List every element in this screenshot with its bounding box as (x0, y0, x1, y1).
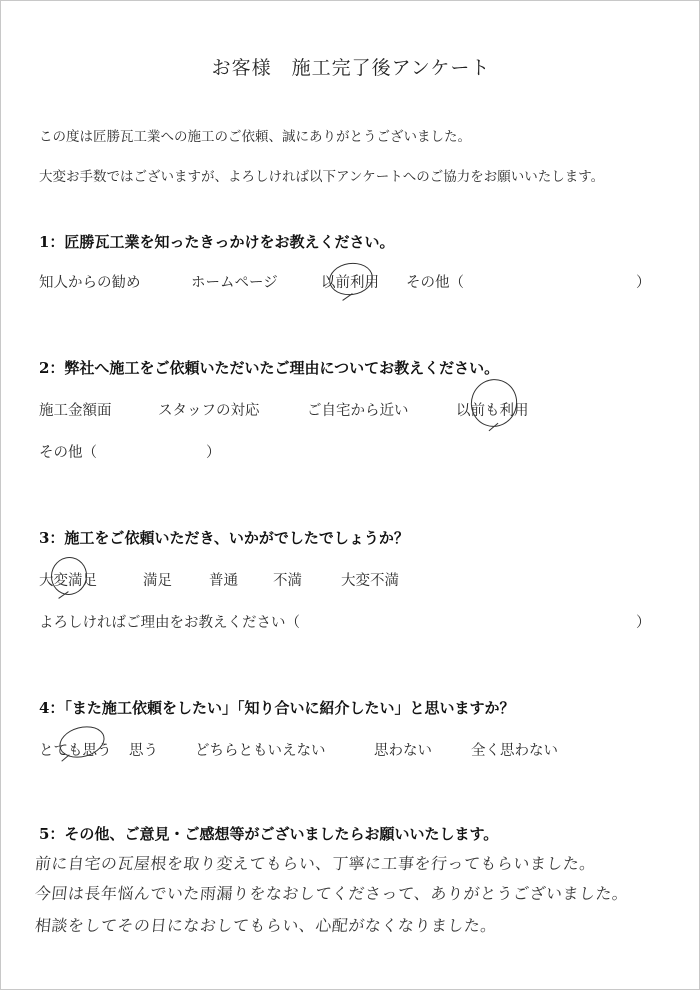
q3-option-very-dissatisfied[interactable]: 大変不満 (341, 569, 399, 590)
intro-request: 大変お手数ではございますが、よろしければ以下アンケートへのご協力をお願いいたしま… (39, 165, 604, 185)
q3-option-satisfied[interactable]: 満足 (143, 569, 172, 590)
q1-other-close-paren: ） (636, 271, 651, 292)
question-3: 3：施工をご依頼いただき、いかがでしたでしょうか？ (39, 527, 409, 548)
q2-other-close-paren: ） (206, 441, 221, 462)
q3-reason-label: よろしければご理由をお教えください（ (39, 611, 300, 632)
q1-option-other[interactable]: その他（ (406, 271, 464, 292)
selection-stroke (489, 423, 499, 431)
handwritten-comment-line-1: 前に自宅の瓦屋根を取り変えてもらい、丁寧に工事を行ってもらいました。 (34, 851, 597, 874)
q1-option-referral[interactable]: 知人からの勧め (39, 271, 141, 292)
q1-option-previous-use[interactable]: 以前利用 (321, 271, 379, 292)
question-4: 4：「また施工依頼をしたい」「知り合いに紹介したい」と思いますか？ (39, 697, 514, 718)
survey-page: お客様 施工完了後アンケート この度は匠勝瓦工業への施工のご依頼、誠にありがとう… (0, 0, 700, 990)
q2-option-other[interactable]: その他（ (39, 441, 97, 462)
q2-option-staff[interactable]: スタッフの対応 (158, 399, 260, 420)
q3-reason-close-paren: ） (636, 611, 651, 632)
q2-option-price[interactable]: 施工金額面 (39, 399, 112, 420)
selection-stroke (342, 293, 352, 301)
question-2: 2：弊社へ施工をご依頼いただいたご理由についてお教えください。 (39, 357, 499, 378)
q4-option-agree[interactable]: 思う (129, 739, 158, 760)
q3-option-very-satisfied[interactable]: 大変満足 (39, 569, 97, 590)
q4-option-neither[interactable]: どちらともいえない (195, 739, 326, 760)
q1-option-homepage[interactable]: ホームページ (191, 271, 278, 292)
intro-thanks: この度は匠勝瓦工業への施工のご依頼、誠にありがとうございました。 (39, 125, 471, 145)
q2-option-near-home[interactable]: ご自宅から近い (307, 399, 409, 420)
survey-title: お客様 施工完了後アンケート (1, 53, 700, 80)
handwritten-comment-line-2: 今回は長年悩んでいた雨漏りをなおしてくださって、ありがとうございました。 (34, 881, 630, 904)
q4-option-disagree[interactable]: 思わない (374, 739, 432, 760)
selection-stroke (58, 591, 68, 599)
q2-option-previous-use[interactable]: 以前も利用 (456, 399, 529, 420)
q3-option-neutral[interactable]: 普通 (209, 569, 238, 590)
question-1: 1：匠勝瓦工業を知ったきっかけをお教えください。 (39, 231, 394, 252)
q4-option-strongly-disagree[interactable]: 全く思わない (471, 739, 558, 760)
question-5: 5：その他、ご意見・ご感想等がございましたらお願いいたします。 (39, 823, 498, 844)
q4-option-strongly-agree[interactable]: とても思う (39, 739, 112, 760)
handwritten-comment-line-3: 相談をしてその日になおしてもらい、心配がなくなりました。 (34, 913, 498, 936)
q3-option-dissatisfied[interactable]: 不満 (273, 569, 302, 590)
